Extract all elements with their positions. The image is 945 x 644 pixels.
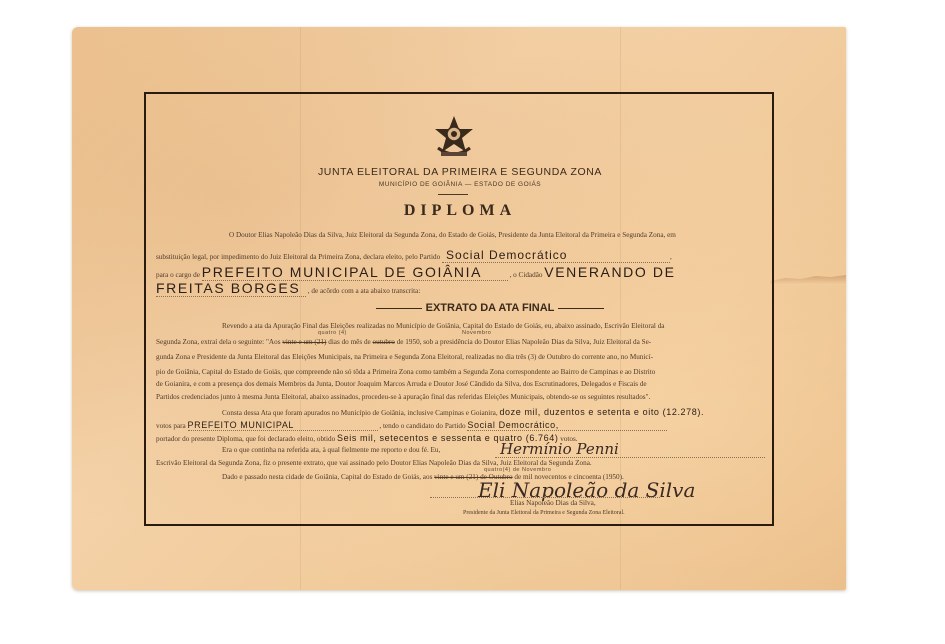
handwritten-insert: Novembro bbox=[462, 330, 491, 336]
party-field-2: Social Democrático, bbox=[467, 420, 667, 431]
office-field-2: PREFEITO MUNICIPAL bbox=[188, 420, 378, 431]
institution-name: JUNTA ELEITORAL DA PRIMEIRA E SEGUNDA ZO… bbox=[150, 166, 770, 178]
extract-line: votos para PREFEITO MUNICIPAL , tendo o … bbox=[156, 420, 667, 431]
extract-line: Era o que continha na referida ata, à qu… bbox=[222, 446, 440, 454]
intro-text: , de acôrdo com a ata abaixo transcrita: bbox=[308, 287, 421, 295]
signature-line bbox=[495, 457, 765, 458]
signature-line bbox=[430, 497, 660, 498]
extract-text: , tendo o candidato do Partido bbox=[379, 422, 465, 430]
extract-line: Consta dessa Ata que foram apurados no M… bbox=[222, 407, 704, 417]
extract-text: portador do presente Diploma, que foi de… bbox=[156, 435, 335, 443]
section-heading: EXTRATO DA ATA FINAL bbox=[340, 302, 640, 314]
party-field: Social Democrático bbox=[442, 248, 670, 263]
extract-text: Consta dessa Ata que foram apurados no M… bbox=[222, 409, 498, 417]
heading-rule bbox=[376, 308, 422, 309]
extract-line: Escrivão Eleitoral da Segunda Zona, fiz … bbox=[156, 459, 592, 467]
extract-text: dias do mês de bbox=[328, 338, 371, 346]
citizen-name-field-cont: FREITAS BORGES bbox=[156, 280, 306, 297]
extract-line: Segunda Zona, extraí dela o seguinte: "A… bbox=[156, 338, 651, 346]
intro-text: , o Cidadão bbox=[510, 271, 543, 279]
office-field: PREFEITO MUNICIPAL DE GOIÂNIA bbox=[202, 264, 508, 281]
brazil-coat-of-arms-icon bbox=[432, 114, 476, 160]
extract-line: pio de Goiânia, Capital do Estado de Goi… bbox=[156, 368, 655, 376]
citizen-name-field: VENERANDO DE bbox=[544, 264, 675, 280]
institution-subtitle: MUNICÍPIO DE GOIÂNIA — ESTADO DE GOIÁS bbox=[150, 181, 770, 188]
extract-text: Dado e passado nesta cidade de Goiânia, … bbox=[222, 473, 432, 481]
clerk-signature: Hermínio Penni bbox=[500, 440, 619, 458]
struck-text: vinte e um (21) bbox=[282, 338, 326, 346]
intro-text: para o cargo de bbox=[156, 271, 200, 279]
document-title: DIPLOMA bbox=[150, 202, 770, 220]
signatory-name: Elias Napoleão Dias da Silva, bbox=[510, 499, 596, 507]
heading-rule bbox=[558, 308, 604, 309]
intro-line-2: substituição legal, por impedimento do J… bbox=[156, 248, 672, 263]
extract-line: Revendo a ata da Apuração Final das Elei… bbox=[222, 322, 665, 330]
extract-text: Segunda Zona, extraí dela o seguinte: "A… bbox=[156, 338, 281, 346]
struck-text: outubro bbox=[373, 338, 395, 346]
signatory-role: Presidente da Junta Eleitoral da Primeir… bbox=[463, 510, 625, 516]
intro-text: substituição legal, por impedimento do J… bbox=[156, 253, 440, 261]
extract-text: votos para bbox=[156, 422, 186, 430]
extract-line: de Goianira, e com a presença dos demais… bbox=[156, 380, 647, 388]
extract-line: gunda Zona e Presidente da Junta Eleitor… bbox=[156, 353, 653, 361]
handwritten-insert: quatro (4) bbox=[318, 330, 347, 336]
divider bbox=[438, 194, 468, 195]
total-votes-field: doze mil, duzentos e setenta e oito (12.… bbox=[499, 407, 704, 417]
extract-line: Partidos credenciados junto à mesma Junt… bbox=[156, 393, 650, 401]
extract-text: de 1950, sob a presidência do Doutor Eli… bbox=[397, 338, 652, 346]
intro-line-3: para o cargo de PREFEITO MUNICIPAL DE GO… bbox=[156, 264, 676, 281]
intro-line-1: O Doutor Elias Napoleão Dias da Silva, J… bbox=[229, 231, 676, 239]
intro-line-4: FREITAS BORGES , de acôrdo com a ata aba… bbox=[156, 280, 420, 297]
section-title: EXTRATO DA ATA FINAL bbox=[426, 302, 555, 314]
